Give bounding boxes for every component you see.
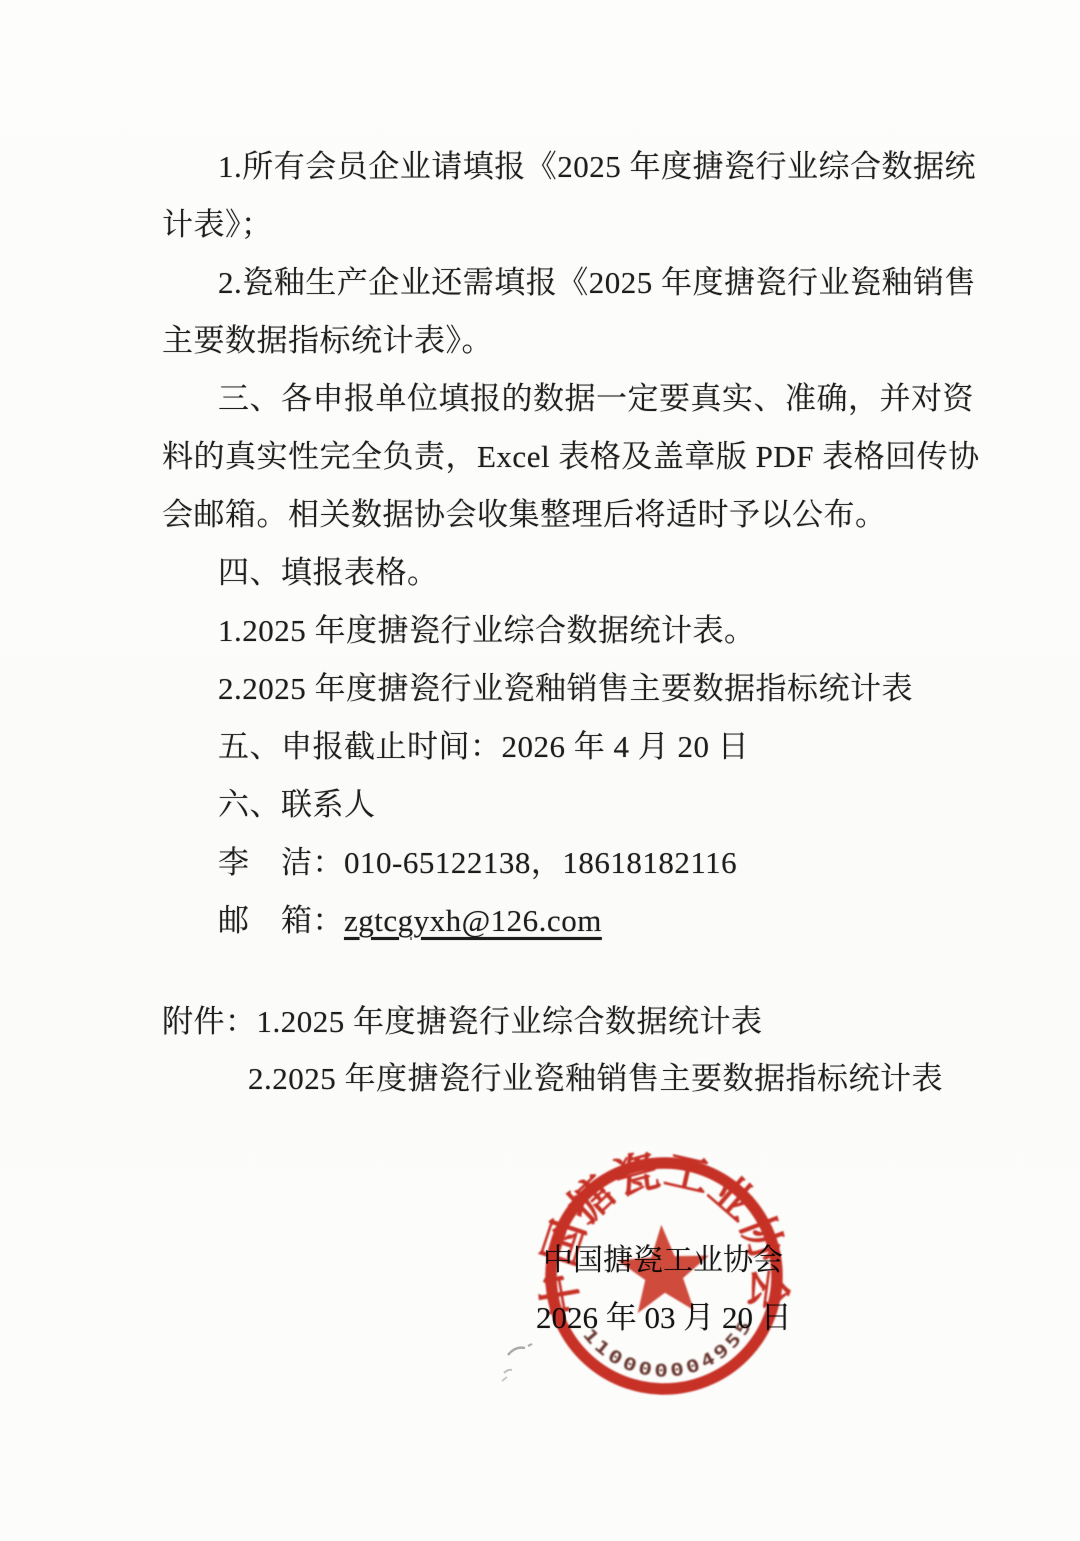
attachment-line-2: 2.2025 年度搪瓷行业瓷釉销售主要数据指标统计表 — [248, 1060, 943, 1098]
document-page: 1.所有会员企业请填报《2025 年度搪瓷行业综合数据统 计表》； 2.瓷釉生产… — [0, 0, 1080, 1541]
doc-line-7: 会邮箱。相关数据协会收集整理后将适时予以公布。 — [162, 496, 887, 534]
doc-line-10: 2.2025 年度搪瓷行业瓷釉销售主要数据指标统计表 — [218, 670, 913, 708]
doc-line-8: 四、填报表格。 — [218, 554, 439, 592]
contact-phone-line: 李 洁：010-65122138，18618182116 — [218, 844, 737, 882]
doc-line-9: 1.2025 年度搪瓷行业综合数据统计表。 — [218, 612, 756, 650]
doc-line-3: 2.瓷釉生产企业还需填报《2025 年度搪瓷行业瓷釉销售 — [218, 264, 976, 302]
doc-line-6: 料的真实性完全负责，Excel 表格及盖章版 PDF 表格回传协 — [162, 438, 980, 476]
attachment-line-1: 附件：1.2025 年度搪瓷行业综合数据统计表 — [162, 1003, 763, 1041]
email-address: zgtcgyxh@126.com — [344, 903, 602, 938]
deadline-line: 五、申报截止时间：2026 年 4 月 20 日 — [218, 728, 749, 766]
doc-line-1: 1.所有会员企业请填报《2025 年度搪瓷行业综合数据统 — [218, 148, 976, 186]
doc-line-4: 主要数据指标统计表》。 — [162, 322, 493, 360]
contact-heading-line: 六、联系人 — [218, 786, 376, 824]
signature-org-name: 中国搪瓷工业协会 — [543, 1235, 783, 1279]
doc-line-2: 计表》； — [162, 206, 273, 244]
doc-line-5: 三、各申报单位填报的数据一定要真实、准确，并对资 — [218, 380, 974, 418]
contact-email-line: 邮 箱：zgtcgyxh@126.com — [218, 902, 602, 940]
signature-date: 2026 年 03 月 20 日 — [536, 1292, 792, 1337]
email-label: 邮 箱： — [218, 903, 344, 938]
